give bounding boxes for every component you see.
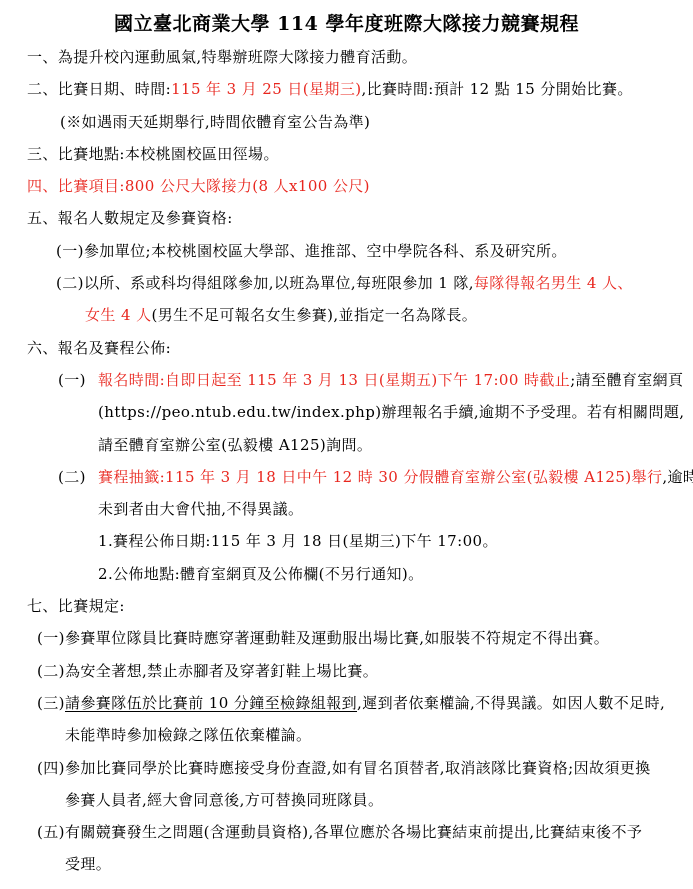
rule-5-item-2-prefix: (二)以所、系或科均得組隊參加,以班為單位,每班限參加 1 隊, xyxy=(56,274,474,292)
office-info-text: 請至體育室辦公室(弘毅樓 A125)詢問。 xyxy=(98,436,372,454)
rule-6-item-2-draw: (二)賽程抽籤:115 年 3 月 18 日中午 12 時 30 分假體育室辦公… xyxy=(0,461,693,493)
rule-5-item-1-text: (一)參加單位;本校桃園校區大學部、進推部、空中學院各科、系及研究所。 xyxy=(56,242,567,260)
rule-7-item-3-cont-text: 未能準時參加檢錄之隊伍依棄權論。 xyxy=(65,726,311,744)
rule-7-item-5-disputes: (五)有關競賽發生之問題(含運動員資格),各單位應於各場比賽結束前提出,比賽結束… xyxy=(0,816,693,848)
rule-5-item-1-units: (一)參加單位;本校桃園校區大學部、進推部、空中學院各科、系及研究所。 xyxy=(0,235,693,267)
rule-1-text: 一、為提升校內運動風氣,特舉辦班際大隊接力體育活動。 xyxy=(27,48,417,66)
rule-6-item-2-label: (二) xyxy=(58,461,98,493)
rule-4-event: 四、比賽項目:800 公尺大隊接力(8 人x100 公尺) xyxy=(0,170,693,202)
sub-2-text: 公佈地點:體育室網頁及公佈欄(不另行通知)。 xyxy=(113,565,424,583)
rule-7-item-2-label: (二) xyxy=(37,655,65,687)
rule-1-purpose: 一、為提升校內運動風氣,特舉辦班際大隊接力體育活動。 xyxy=(0,41,693,73)
rule-7-item-4-text: 參加比賽同學於比賽時應接受身份查證,如有冒名頂替者,取消該隊比賽資格;因故須更換 xyxy=(65,759,651,777)
rule-7-item-1-label: (一) xyxy=(37,622,65,654)
rule-7-item-1-attire: (一)參賽單位隊員比賽時應穿著運動鞋及運動服出場比賽,如服裝不符規定不得出賽。 xyxy=(0,622,693,654)
regulation-document: 國立臺北商業大學 114 學年度班際大隊接力競賽規程 一、為提升校內運動風氣,特… xyxy=(0,0,693,889)
rule-6-item-2-continuation: 未到者由大會代抽,不得異議。 xyxy=(0,493,693,525)
rule-7-item-5-label: (五) xyxy=(37,816,65,848)
rule-5-item-2-suffix: (男生不足可報名女生參賽),並指定一名為隊長。 xyxy=(151,306,477,324)
rule-7-heading: 七、比賽規定: xyxy=(0,590,693,622)
rule-7-item-4-continuation: 參賽人員者,經大會同意後,方可替換同班隊員。 xyxy=(0,784,693,816)
sub-2-number: 2. xyxy=(98,558,113,590)
rule-5-item-2-continuation: 女生 4 人(男生不足可報名女生參賽),並指定一名為隊長。 xyxy=(0,299,693,331)
rule-6-heading: 六、報名及賽程公佈: xyxy=(0,332,693,364)
draw-absent-text: 未到者由大會代抽,不得異議。 xyxy=(98,500,303,518)
rule-7-item-3-suffix: ,遲到者依棄權論,不得異議。如因人數不足時, xyxy=(357,694,665,712)
rule-6-item-1-label: (一) xyxy=(58,364,98,396)
rule-7-item-5-continuation: 受理。 xyxy=(0,848,693,880)
registration-deadline-highlight: 報名時間:自即日起至 115 年 3 月 13 日(星期五)下午 17:00 時… xyxy=(98,371,570,389)
rule-5-heading: 五、報名人數規定及參賽資格: xyxy=(0,202,693,234)
rule-6-text: 六、報名及賽程公佈: xyxy=(27,339,171,357)
sub-1-number: 1. xyxy=(98,525,113,557)
rule-2-suffix: ,比賽時間:預計 12 點 15 分開始比賽。 xyxy=(361,80,632,98)
rule-6-item-1-suffix: ;請至體育室網頁 xyxy=(570,371,683,389)
rule-5-item-2-teams: (二)以所、系或科均得組隊參加,以班為單位,每班限參加 1 隊,每隊得報名男生 … xyxy=(0,267,693,299)
rule-6-item-1-url-line: (https://peo.ntub.edu.tw/index.php)辦理報名手… xyxy=(0,396,693,428)
document-title: 國立臺北商業大學 114 學年度班際大隊接力競賽規程 xyxy=(0,0,693,41)
rule-7-text: 七、比賽規定: xyxy=(27,597,125,615)
rule-7-item-5-cont-text: 受理。 xyxy=(65,855,111,873)
rule-7-item-2-safety: (二)為安全著想,禁止赤腳者及穿著釘鞋上場比賽。 xyxy=(0,655,693,687)
rule-7-item-4-identity: (四)參加比賽同學於比賽時應接受身份查證,如有冒名頂替者,取消該隊比賽資格;因故… xyxy=(0,752,693,784)
rule-5-item-2-quota-highlight-2: 女生 4 人 xyxy=(85,306,151,324)
rule-4-text-highlight: 四、比賽項目:800 公尺大隊接力(8 人x100 公尺) xyxy=(27,177,370,195)
registration-url-text: (https://peo.ntub.edu.tw/index.php)辦理報名手… xyxy=(98,403,684,421)
rule-7-item-3-checkin: (三)請參賽隊伍於比賽前 10 分鐘至檢錄組報到,遲到者依棄權論,不得異議。如因… xyxy=(0,687,693,719)
sub-1-text: 賽程公佈日期:115 年 3 月 18 日(星期三)下午 17:00。 xyxy=(113,532,498,550)
rule-7-item-1-text: 參賽單位隊員比賽時應穿著運動鞋及運動服出場比賽,如服裝不符規定不得出賽。 xyxy=(65,629,609,647)
rule-6-item-2-suffix: ,逾時 xyxy=(662,468,693,486)
rule-6-item-1-registration: (一)報名時間:自即日起至 115 年 3 月 13 日(星期五)下午 17:0… xyxy=(0,364,693,396)
rule-2-prefix: 二、比賽日期、時間: xyxy=(27,80,171,98)
rule-6-item-1-office-line: 請至體育室辦公室(弘毅樓 A125)詢問。 xyxy=(0,429,693,461)
rule-2-rain-note: (※如遇雨天延期舉行,時間依體育室公告為準) xyxy=(0,106,693,138)
rule-3-location: 三、比賽地點:本校桃園校區田徑場。 xyxy=(0,138,693,170)
rule-3-text: 三、比賽地點:本校桃園校區田徑場。 xyxy=(27,145,279,163)
checkin-underlined-text: 請參賽隊伍於比賽前 10 分鐘至檢錄組報到 xyxy=(65,694,357,712)
rule-2-date-highlight: 115 年 3 月 25 日(星期三) xyxy=(171,80,361,98)
rule-6-sub-1-schedule-date: 1.賽程公佈日期:115 年 3 月 18 日(星期三)下午 17:00。 xyxy=(0,525,693,557)
draw-time-highlight: 賽程抽籤:115 年 3 月 18 日中午 12 時 30 分假體育室辦公室(弘… xyxy=(98,468,662,486)
rule-2-date-time: 二、比賽日期、時間:115 年 3 月 25 日(星期三),比賽時間:預計 12… xyxy=(0,73,693,105)
rule-7-item-3-continuation: 未能準時參加檢錄之隊伍依棄權論。 xyxy=(0,719,693,751)
rule-7-item-5-text: 有關競賽發生之問題(含運動員資格),各單位應於各場比賽結束前提出,比賽結束後不予 xyxy=(65,823,642,841)
rule-7-item-2-text: 為安全著想,禁止赤腳者及穿著釘鞋上場比賽。 xyxy=(65,662,378,680)
rule-7-item-3-label: (三) xyxy=(37,687,65,719)
rule-7-item-4-label: (四) xyxy=(37,752,65,784)
rain-note-text: (※如遇雨天延期舉行,時間依體育室公告為準) xyxy=(60,113,370,131)
rule-7-item-4-cont-text: 參賽人員者,經大會同意後,方可替換同班隊員。 xyxy=(65,791,383,809)
rule-5-text: 五、報名人數規定及參賽資格: xyxy=(27,209,233,227)
rule-6-sub-2-announce-place: 2.公佈地點:體育室網頁及公佈欄(不另行通知)。 xyxy=(0,558,693,590)
rule-5-item-2-quota-highlight: 每隊得報名男生 4 人、 xyxy=(474,274,633,292)
